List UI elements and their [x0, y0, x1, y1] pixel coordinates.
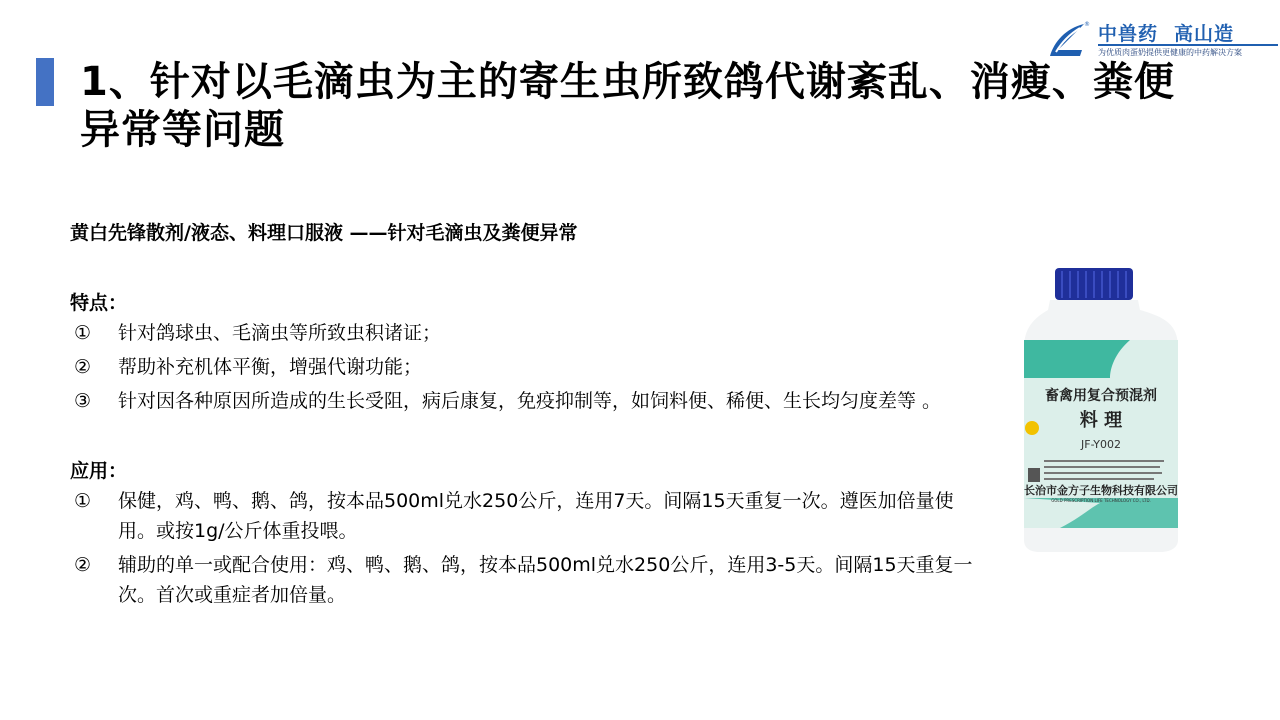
- logo-brand-left: 中兽药: [1098, 23, 1158, 45]
- item-text: 针对鸽球虫、毛滴虫等所致虫积诸证；: [118, 322, 441, 344]
- feature-item: ②帮助补充机体平衡，增强代谢功能；: [70, 352, 980, 382]
- title-accent-bar: [36, 58, 54, 106]
- svg-text:料 理: 料 理: [1080, 409, 1123, 431]
- company-logo: ® 中兽药高山造 为优质肉蛋奶提供更健康的中药解决方案: [1044, 18, 1280, 62]
- feature-item: ③针对因各种原因所造成的生长受阻，病后康复，免疫抑制等，如饲料便、稀便、生长均匀…: [70, 386, 980, 416]
- item-number: ②: [74, 352, 91, 382]
- item-number: ②: [74, 550, 91, 580]
- features-list: ①针对鸽球虫、毛滴虫等所致虫积诸证； ②帮助补充机体平衡，增强代谢功能； ③针对…: [70, 318, 980, 420]
- page-title: 1、针对以毛滴虫为主的寄生虫所致鸽代谢紊乱、消瘦、粪便异常等问题: [80, 58, 1200, 154]
- application-list: ①保健，鸡、鸭、鹅、鸽，按本品500ml兑水250公斤，连用7天。间隔15天重复…: [70, 486, 980, 614]
- item-number: ①: [74, 486, 91, 516]
- application-item: ②辅助的单一或配合使用：鸡、鸭、鹅、鸽，按本品500ml兑水250公斤，连用3-…: [70, 550, 980, 610]
- item-number: ①: [74, 318, 91, 348]
- item-number: ③: [74, 386, 91, 416]
- application-label: 应用：: [70, 456, 127, 483]
- application-item: ①保健，鸡、鸭、鹅、鸽，按本品500ml兑水250公斤，连用7天。间隔15天重复…: [70, 486, 980, 546]
- logo-tagline: 为优质肉蛋奶提供更健康的中药解决方案: [1098, 47, 1242, 58]
- product-bottle-image: 畜禽用复合预混剂 料 理 JF-Y002 长治市金方子生物科技有限公司 GOLD…: [1020, 268, 1185, 553]
- logo-brand-text: 中兽药高山造: [1098, 19, 1234, 46]
- svg-text:畜禽用复合预混剂: 畜禽用复合预混剂: [1045, 387, 1157, 404]
- features-label: 特点：: [70, 288, 127, 315]
- item-text: 针对因各种原因所造成的生长受阻，病后康复，免疫抑制等，如饲料便、稀便、生长均匀度…: [118, 390, 941, 412]
- feather-logo-icon: ®: [1044, 18, 1092, 60]
- logo-divider: [1098, 44, 1278, 46]
- item-text: 辅助的单一或配合使用：鸡、鸭、鹅、鸽，按本品500ml兑水250公斤，连用3-5…: [118, 554, 973, 606]
- logo-brand-right: 高山造: [1174, 23, 1234, 45]
- item-text: 帮助补充机体平衡，增强代谢功能；: [118, 356, 422, 378]
- svg-text:®: ®: [1084, 21, 1090, 28]
- feature-item: ①针对鸽球虫、毛滴虫等所致虫积诸证；: [70, 318, 980, 348]
- svg-text:GOLD PRESCRIPTION LIFE TECHNOL: GOLD PRESCRIPTION LIFE TECHNOLOGY CO., L…: [1051, 498, 1151, 503]
- item-text: 保健，鸡、鸭、鹅、鸽，按本品500ml兑水250公斤，连用7天。间隔15天重复一…: [118, 490, 954, 542]
- svg-text:长治市金方子生物科技有限公司: 长治市金方子生物科技有限公司: [1024, 483, 1178, 497]
- svg-text:JF-Y002: JF-Y002: [1080, 438, 1121, 451]
- product-subtitle: 黄白先锋散剂/液态、料理口服液 ——针对毛滴虫及粪便异常: [70, 218, 578, 245]
